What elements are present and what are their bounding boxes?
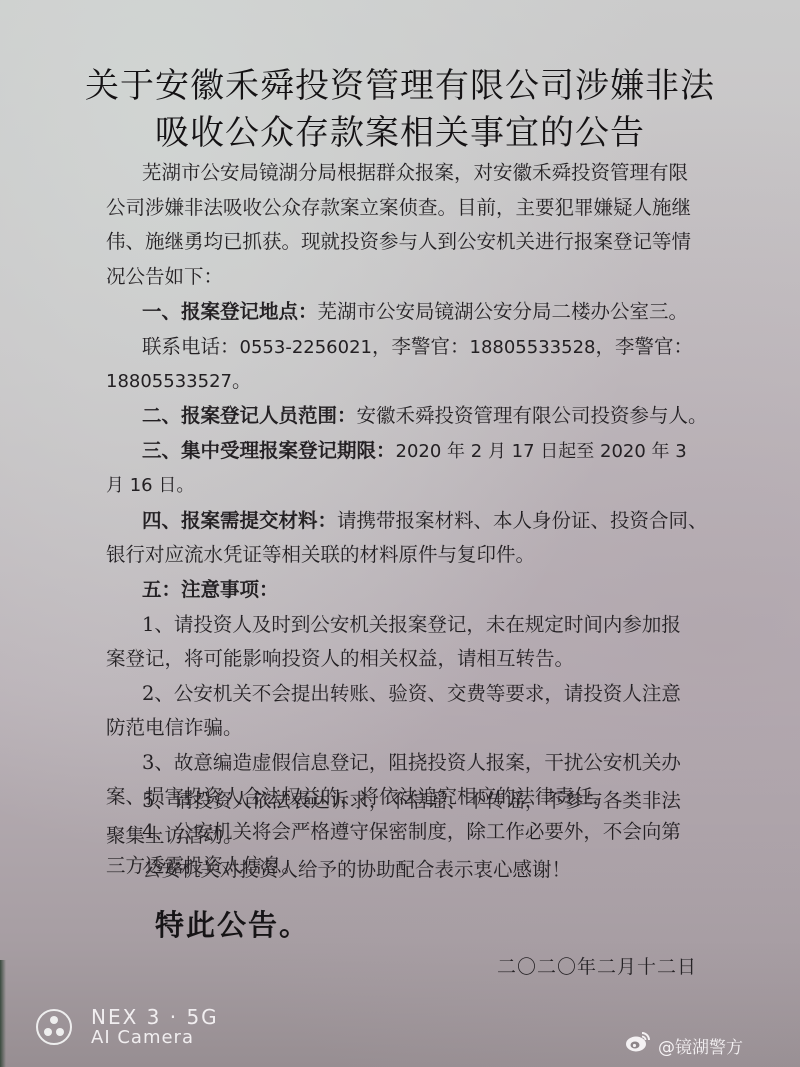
camera-watermark: NEX 3 · 5G AI Camera [36, 1003, 236, 1053]
camera-subtitle: AI Camera [91, 1027, 194, 1049]
intro-line-1: 芜湖市公安局镜湖分局根据群众报案，对安徽禾舜投资管理有限 [142, 160, 688, 186]
section-1-contacts-cont: 18805533527。 [106, 368, 252, 395]
weibo-icon [625, 1031, 651, 1053]
weibo-handle: @镜湖警方 [658, 1038, 743, 1058]
closing-statement: 特此公告。 [155, 903, 310, 944]
phone-main: 0553-2256021 [240, 337, 372, 358]
camera-logo-icon [36, 1009, 72, 1045]
section-3-heading: 三、集中受理报案登记期限： [142, 439, 396, 462]
notice-item-3: 3、故意编造虚假信息登记，阻挠投资人报案，干扰公安机关办 [142, 750, 681, 776]
title-line-2: 吸收公众存款案相关事宜的公告 [0, 110, 800, 156]
notice-item-1-cont: 案登记，将可能影响投资人的相关权益，请相互转告。 [106, 646, 574, 672]
intro-line-3: 伟、施继勇均已抓获。现就投资参与人到公安机关进行报案登记等情 [106, 229, 691, 255]
officer-1-label: ，李警官： [372, 335, 470, 358]
camera-brand: NEX 3 · 5G [91, 1005, 219, 1029]
section-3-date-range: 2020 年 2 月 17 日起至 2020 年 3 [396, 441, 687, 462]
section-4-text: 请携带报案材料、本人身份证、投资合同、 [337, 509, 708, 532]
section-3-cont: 月 16 日。 [106, 473, 194, 499]
notice-item-2-cont: 防范电信诈骗。 [106, 715, 243, 741]
period: 。 [232, 369, 252, 392]
section-5-heading: 五：注意事项： [142, 577, 279, 603]
section-1-text: 芜湖市公安局镜湖公安分局二楼办公室三。 [318, 300, 689, 323]
section-4-heading: 四、报案需提交材料： [142, 509, 337, 532]
section-1-contacts: 联系电话：0553-2256021，李警官：18805533528，李警官： [142, 334, 693, 361]
photo-edge-shadow [0, 960, 6, 1067]
section-2: 二、报案登记人员范围：安徽禾舜投资管理有限公司投资参与人。 [142, 403, 708, 429]
section-1-location: 一、报案登记地点：芜湖市公安局镜湖公安分局二楼办公室三。 [142, 299, 688, 325]
notice-item-2: 2、公安机关不会提出转账、验资、交费等要求，请投资人注意 [142, 681, 681, 707]
announcement-date: 二〇二〇年二月十二日 [497, 952, 697, 979]
notice-item-5: 5、请投资人依法表达诉求，不信谣、不传谣，不参与各类非法 [142, 788, 681, 814]
section-4: 四、报案需提交材料：请携带报案材料、本人身份证、投资合同、 [142, 508, 708, 534]
section-4-cont: 银行对应流水凭证等相关联的材料原件与复印件。 [106, 542, 535, 568]
notice-item-1: 1、请投资人及时到公安机关报案登记，未在规定时间内参加报 [142, 612, 681, 638]
officer-2-label: ，李警官： [595, 335, 693, 358]
section-2-heading: 二、报案登记人员范围： [142, 404, 357, 427]
contact-label: 联系电话： [142, 335, 240, 358]
officer-1-phone: 18805533528 [470, 337, 596, 358]
weibo-watermark: @镜湖警方 [658, 1033, 743, 1058]
officer-2-phone: 18805533527 [106, 371, 232, 392]
title-line-1: 关于安徽禾舜投资管理有限公司涉嫌非法 [0, 63, 800, 109]
intro-line-4: 况公告如下： [106, 264, 223, 290]
notice-item-5-cont: 聚集上访活动。 [106, 823, 243, 849]
section-1-heading: 一、报案登记地点： [142, 300, 318, 323]
intro-line-2: 公司涉嫌非法吸收公众存款案立案侦查。目前，主要犯罪嫌疑人施继 [106, 195, 691, 221]
thanks-line: 公安机关对投资人给予的协助配合表示衷心感谢！ [142, 857, 571, 883]
section-3: 三、集中受理报案登记期限：2020 年 2 月 17 日起至 2020 年 3 [142, 438, 687, 465]
section-2-text: 安徽禾舜投资管理有限公司投资参与人。 [357, 404, 708, 427]
